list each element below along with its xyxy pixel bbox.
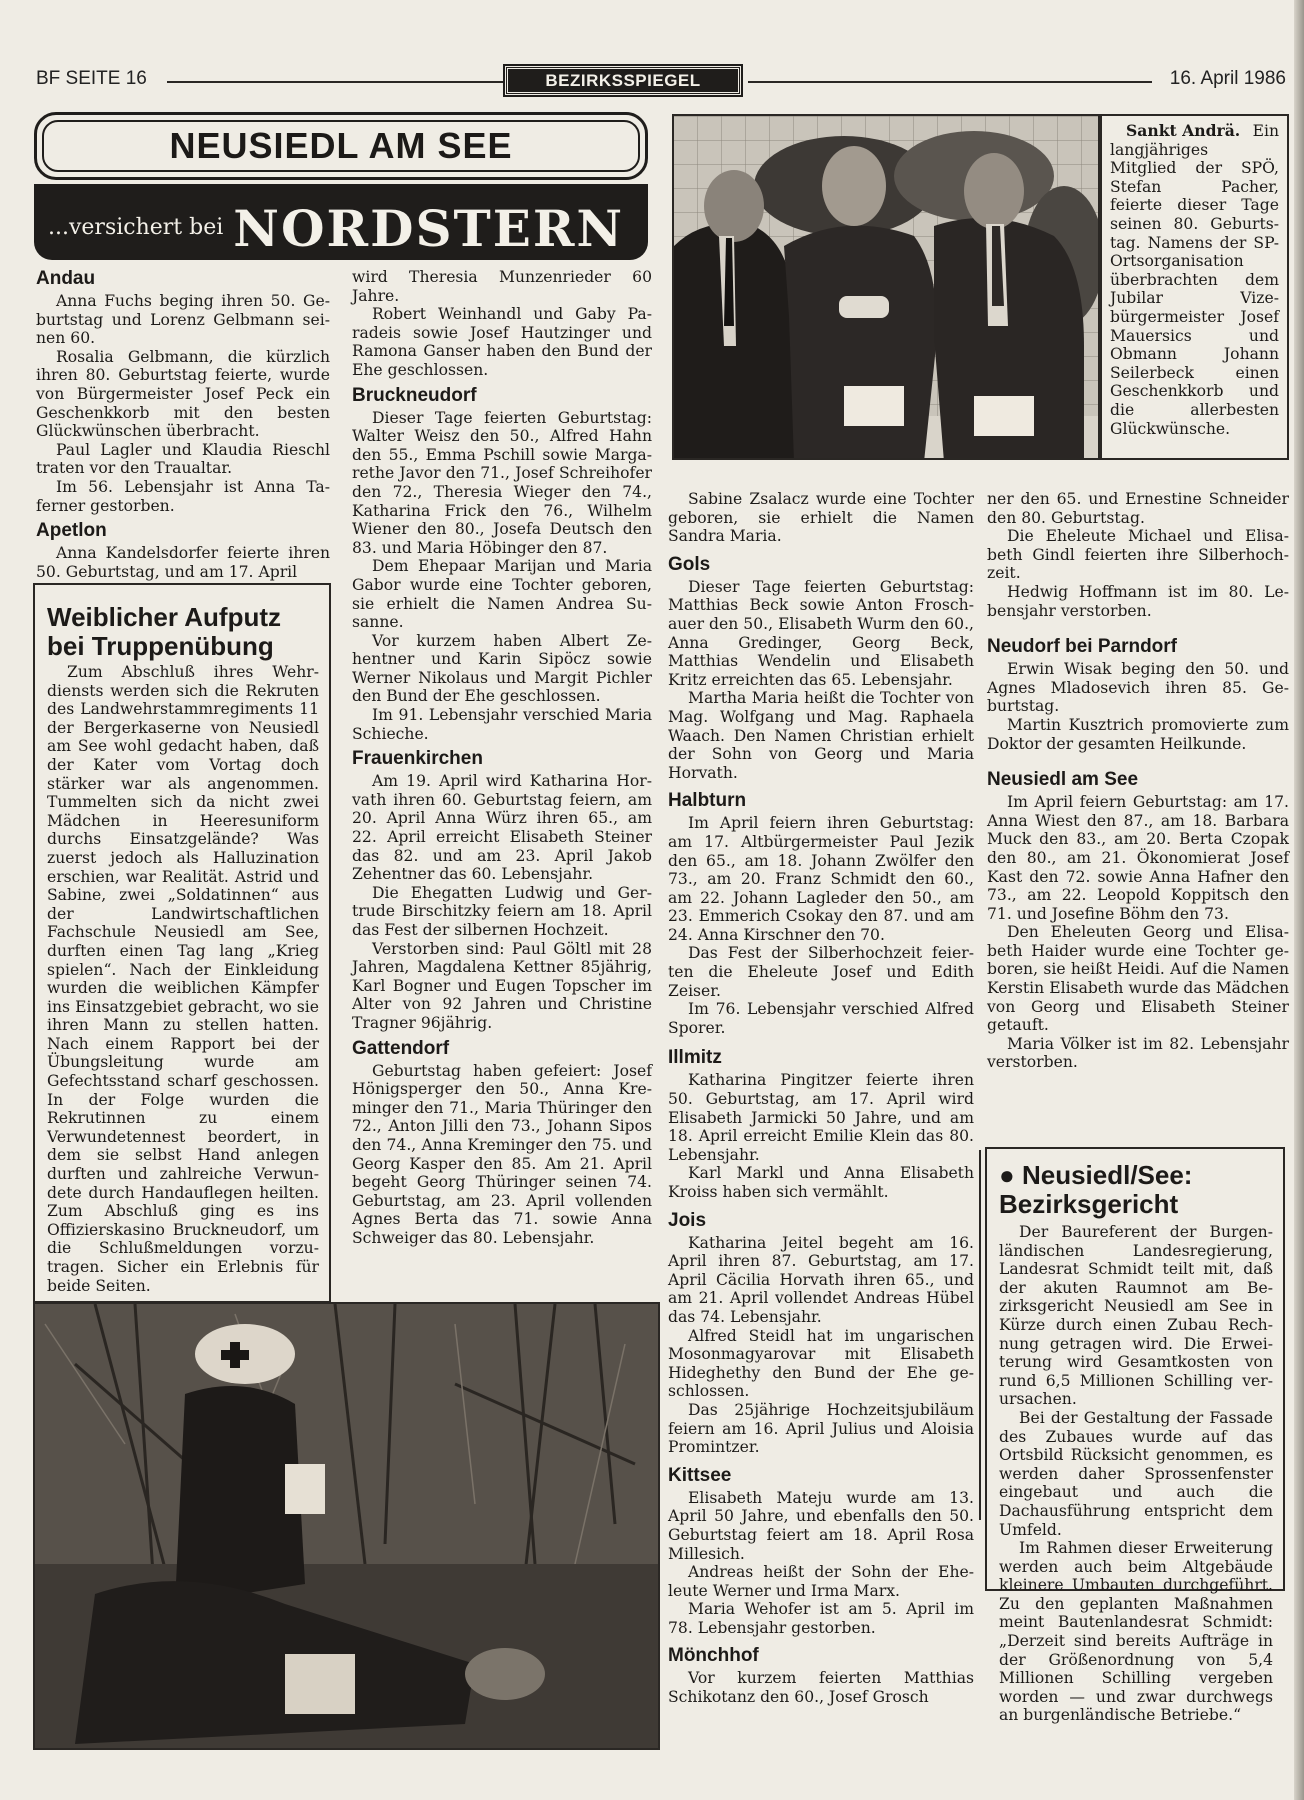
news-paragraph: Robert Weinhandl und Gaby Pa­radeis sowi… [352, 305, 652, 379]
column-2: wird Theresia Munzenrieder 60 Jahre. Rob… [352, 268, 652, 1248]
district-title: NEUSIEDL AM SEE [42, 120, 640, 172]
news-paragraph: Das 25jährige Hochzeitsjubiläum feiern a… [668, 1401, 974, 1457]
court-article-box: ● Neusiedl/See: Bezirksgericht Der Baure… [985, 1147, 1285, 1591]
news-paragraph: Verstorben sind: Paul Göltl mit 28 Jahre… [352, 940, 652, 1033]
section-heading: Jois [668, 1210, 974, 1232]
column-3: Sabine Zsalacz wurde eine Toch­ter gebor… [668, 490, 974, 1707]
column-4: ner den 65. und Ernestine Schnei­der den… [987, 490, 1289, 1072]
news-paragraph: Die Eheleute Michael und Elisa­beth Gind… [987, 527, 1289, 583]
news-paragraph: Maria Völker ist im 82. Lebens­jahr vers… [987, 1035, 1289, 1072]
feature-article-box: Weiblicher Aufputz bei Truppenübung Zum … [33, 583, 331, 1303]
photo-three-men-image [674, 116, 1100, 460]
feature-article-title: Weiblicher Aufputz bei Truppenübung [47, 603, 319, 661]
news-paragraph: Im April feiern ihren Geburtstag: am 17.… [668, 814, 974, 944]
court-article-title: ● Neusiedl/See: Bezirksgericht [999, 1161, 1273, 1219]
section-heading: Mönchhof [668, 1645, 974, 1667]
section-heading: Kittsee [668, 1465, 974, 1487]
section-heading: Andau [36, 268, 330, 290]
section-title: BEZIRKSSPIEGEL [505, 66, 741, 95]
bullet-icon: ● [999, 1160, 1015, 1190]
news-paragraph: Am 19. April wird Katharina Hor­vath ihr… [352, 772, 652, 884]
photo-three-men [672, 114, 1100, 460]
news-paragraph: Karl Markl und Anna Elisabeth Kroiss hab… [668, 1164, 974, 1201]
news-paragraph: Martin Kusztrich promovierte zum Doktor … [987, 716, 1289, 753]
news-paragraph: Den Eheleuten Georg und Elisa­beth Haide… [987, 923, 1289, 1035]
news-paragraph: Bei der Gestaltung der Fas­sade des Zuba… [999, 1409, 1273, 1539]
news-paragraph: wird Theresia Munzenrieder 60 Jahre. [352, 268, 652, 305]
news-paragraph: Martha Maria heißt die Tochter von Mag. … [668, 689, 974, 782]
news-paragraph: Dieser Tage feierten Geburtstag: Matthia… [668, 578, 974, 690]
news-paragraph: Anna Fuchs beging ihren 50. Ge­burtstag … [36, 292, 330, 348]
news-paragraph: Erwin Wisak beging den 50. und Agnes Mla… [987, 660, 1289, 716]
column-1: Andau Anna Fuchs beging ihren 50. Ge­bur… [36, 268, 330, 581]
section-heading: Neudorf bei Parndorf [987, 636, 1289, 658]
news-paragraph: Geburtstag haben gefeiert: Josef Hönigsp… [352, 1062, 652, 1248]
news-paragraph: Dieser Tage feierten Geburtstag: Walter … [352, 409, 652, 558]
news-paragraph: Vor kurzem haben Albert Ze­hentner und K… [352, 632, 652, 706]
issue-date: 16. April 1986 [1170, 68, 1286, 90]
news-paragraph: Anna Kandelsdorfer feierte ihren 50. Geb… [36, 544, 330, 581]
district-banner: NEUSIEDL AM SEE [34, 112, 648, 180]
news-paragraph: Zum Abschluß ihres Wehr­diensts werden s… [47, 663, 319, 1295]
sponsor-name: NORDSTERN [233, 204, 624, 254]
page-number: BF SEITE 16 [36, 68, 147, 90]
feature-article-body: Zum Abschluß ihres Wehr­diensts werden s… [47, 663, 319, 1295]
news-paragraph: Sabine Zsalacz wurde eine Toch­ter gebor… [668, 490, 974, 546]
news-paragraph: Im Rahmen dieser Erweite­rung werden auc… [999, 1539, 1273, 1725]
section-heading: Halbturn [668, 790, 974, 812]
news-paragraph: Im April feiern Geburtstag: am 17. Anna … [987, 793, 1289, 923]
sponsor-prefix: ...versichert bei [48, 215, 223, 254]
section-heading: Illmitz [668, 1047, 974, 1069]
photo-military-exercise-image [35, 1304, 660, 1750]
news-paragraph: Im 76. Lebensjahr verschied Al­fred Spor… [668, 1000, 974, 1037]
section-heading: Apetlon [36, 520, 330, 542]
court-title-line2: Bezirksgericht [999, 1189, 1178, 1219]
section-heading: Bruckneudorf [352, 385, 652, 407]
section-heading: Frauenkirchen [352, 748, 652, 770]
news-paragraph: Die Ehegatten Ludwig und Ger­trude Birsc… [352, 884, 652, 940]
news-paragraph: Katharina Jeitel begeht am 16. April ihr… [668, 1234, 974, 1327]
news-paragraph: Im 91. Lebensjahr verschied Ma­ria Schie… [352, 706, 652, 743]
news-paragraph: Dem Ehepaar Marijan und Maria Gabor wurd… [352, 557, 652, 631]
page-edge-shadow [1294, 0, 1304, 1800]
section-heading: Neusiedl am See [987, 769, 1289, 791]
header-rule-left [167, 81, 505, 83]
header-rule-right [748, 81, 1152, 83]
news-paragraph: Vor kurzem feierten Matthias Schikotanz … [668, 1669, 974, 1706]
column-divider [979, 1150, 981, 1520]
news-paragraph: Maria Wehofer ist am 5. April im 78. Leb… [668, 1600, 974, 1637]
news-paragraph: Im 56. Lebensjahr ist Anna Ta­ferner ges… [36, 478, 330, 515]
news-paragraph: Andreas heißt der Sohn der Ehe­leute Wer… [668, 1563, 974, 1600]
photo-military-exercise [33, 1302, 660, 1750]
news-paragraph: Hedwig Hoffmann ist im 80. Le­bensjahr v… [987, 583, 1289, 620]
court-article-body: Der Baureferent der Burgen­ländischen La… [999, 1223, 1273, 1725]
sponsor-banner: ...versichert bei NORDSTERN [34, 184, 648, 260]
news-paragraph: ner den 65. und Ernestine Schnei­der den… [987, 490, 1289, 527]
news-paragraph: Der Baureferent der Burgen­ländischen La… [999, 1223, 1273, 1409]
photo-caption-box: Sankt Andrä. Ein langjähriges Mitglied d… [1099, 114, 1289, 460]
news-paragraph: Elisabeth Mateju wurde am 13. April 50 J… [668, 1489, 974, 1563]
news-paragraph: Katharina Pingitzer feierte ihren 50. Ge… [668, 1071, 974, 1164]
caption-place: Sankt Andrä. [1110, 122, 1240, 141]
news-paragraph: Das Fest der Silberhochzeit feier­ten di… [668, 944, 974, 1000]
caption-text: Ein langjähriges Mitglied der SPÖ, Stefa… [1110, 122, 1279, 438]
section-heading: Gattendorf [352, 1038, 652, 1060]
news-paragraph: Alfred Steidl hat im ungarischen Mosonma… [668, 1327, 974, 1401]
court-title-line1: Neusiedl/See: [1022, 1160, 1193, 1190]
news-paragraph: Paul Lagler und Klaudia Rieschl traten v… [36, 441, 330, 478]
section-heading: Gols [668, 554, 974, 576]
news-paragraph: Rosalia Gelbmann, die kürzlich ihren 80.… [36, 348, 330, 441]
